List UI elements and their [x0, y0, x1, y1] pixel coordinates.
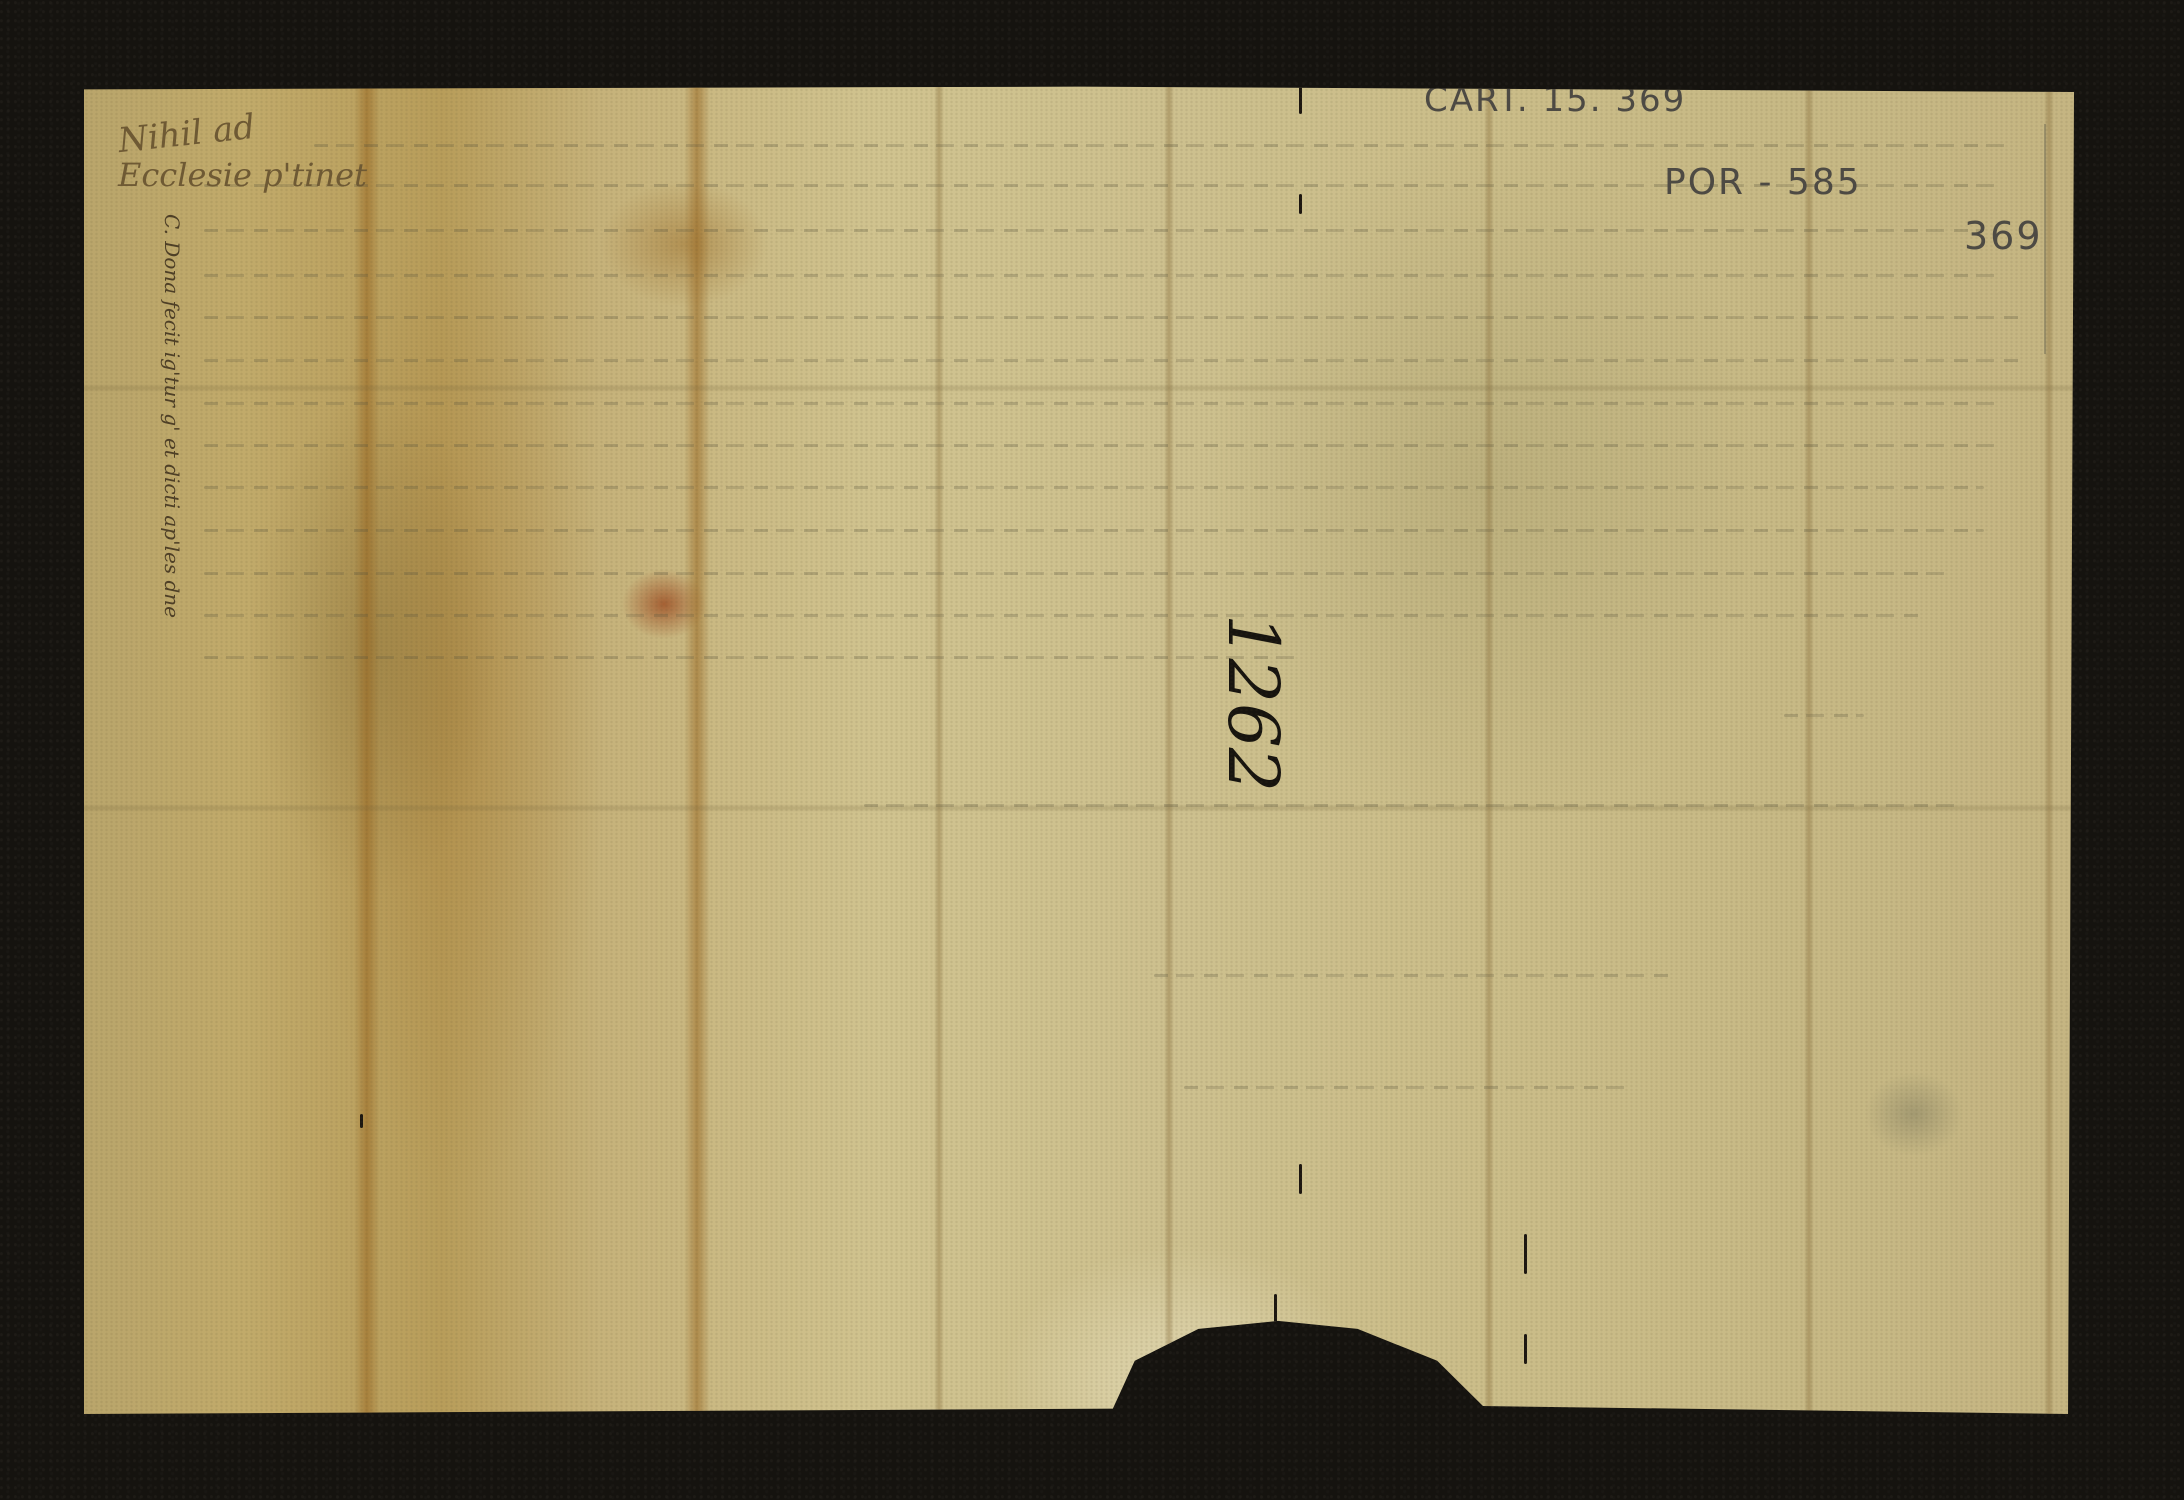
show-through-text [204, 402, 2004, 405]
folio-number: 369 [1964, 214, 2043, 258]
date-note: 1262 [1212, 614, 1294, 792]
fold-mark [1299, 84, 1302, 114]
margin-rule [2044, 124, 2046, 354]
fold-line [684, 84, 710, 1414]
fold-mark [1299, 1164, 1302, 1194]
fold-line [84, 384, 2074, 392]
show-through-text [314, 144, 2014, 147]
show-through-text [1154, 974, 1674, 977]
show-through-text [1784, 714, 1864, 717]
fold-line [1804, 84, 1814, 1414]
show-through-text [204, 316, 2024, 319]
fold-line [1484, 84, 1494, 1414]
fold-mark [1299, 194, 1302, 214]
show-through-text [204, 656, 1304, 659]
endorsement-line-1: Nihil ad [116, 107, 257, 161]
parchment-sheet: CART. 15. 369 POR - 585 369 Nihil ad Ecc… [84, 84, 2074, 1414]
show-through-text [864, 804, 1964, 807]
show-through-text [204, 444, 2004, 447]
show-through-text [204, 486, 1984, 489]
show-through-text [204, 572, 1954, 575]
vertical-endorsement: C. Dona fecit ig'tur g' et dicti ap'les … [160, 214, 184, 618]
shelfmark: POR - 585 [1664, 162, 1862, 203]
fold-line [934, 84, 944, 1414]
endorsement-line-2: Ecclesie p'tinet [118, 156, 367, 194]
show-through-text [204, 274, 2004, 277]
show-through-text [204, 529, 1984, 532]
show-through-text [1184, 1086, 1634, 1089]
fold-mark [360, 1114, 363, 1128]
show-through-text [204, 614, 1924, 617]
fold-mark [1524, 1334, 1527, 1364]
show-through-text [204, 229, 1984, 232]
fold-line [354, 84, 380, 1414]
fold-mark [1524, 1234, 1527, 1274]
fold-line [1164, 84, 1174, 1414]
show-through-text [204, 359, 2024, 362]
